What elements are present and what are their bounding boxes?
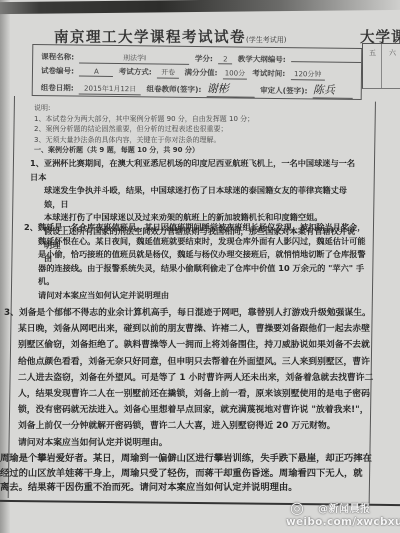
question-line: 给他点颜色看看，刘备无奈只好同意，但申明只去帮着在外面望风。三人来到别墅区，曹许 — [4, 354, 400, 370]
weibo-watermark: ◎ @新闻晨报 weibo.com/xwcbxuebang — [290, 496, 400, 533]
question-line: 刘备是个郁郁不得志的业余计算机高手，每日混迹于网吧，靠替别人打游戏升级勉强谋生。 — [19, 308, 371, 318]
paper-no-label: 试卷编号: — [41, 66, 74, 75]
date-value: 2015年1月12日 — [79, 84, 141, 96]
question-line: 球迷发生争执并斗殴，结果，中国球迷打伤了日本球迷的泰国籍女友的菲律宾籍丈母娘，日 — [30, 184, 362, 211]
note-item: 3、无须大量抄法条的具体内容，关键在于你对法条的理解。 — [34, 135, 354, 146]
full-score-label: 满分分值: — [185, 68, 218, 77]
exam-method-value: 开卷 — [157, 68, 179, 79]
credits-label: 学分: — [195, 54, 213, 63]
exam-info-row-1: 课程名称: 刑法学Ⅰ 学分: 2 教学大纲编号: — [41, 51, 364, 67]
syllabus-no-value — [291, 61, 361, 63]
question-2: 2、魏延是一名仓库夜班值班员。某日因值班期间睡觉被夜班组长杨仪发现，被扣除当月奖… — [24, 221, 368, 303]
reviewer-signature: 陈兵 — [313, 81, 353, 98]
question-line: 请问对本案应当如何认定并说明理由。 — [4, 435, 400, 451]
teacher-label: 组卷教师(签字): — [147, 84, 202, 94]
question-line: 某日晚，刘备从网吧出来，碰到以前的朋友曹操、许褚二人，曹操要刘备跟他们一起去赤壁 — [4, 321, 400, 337]
teacher-signature: 谢彬 — [207, 80, 255, 98]
question-number: 1、 — [30, 158, 44, 168]
syllabus-no-label: 教学大纲编号: — [238, 54, 286, 64]
adjacent-page-score-table: 五 六 — [362, 43, 400, 89]
question-line: 亚洲杯比赛期间，在澳大利亚悉尼机场的印度尼西亚航班飞机上，一名中国球迷与一名日本 — [30, 158, 355, 182]
title-note: (学生考试用) — [246, 36, 286, 44]
exam-info-box: 课程名称: 刑法学Ⅰ 学分: 2 教学大纲编号: 试卷编号: A 考试方式: 开… — [32, 44, 363, 100]
section-title: 一、案例分析题（共 9 题，每题 10 分，共 90 分） — [34, 145, 354, 156]
exam-info-row-3: 组卷日期: 2015年1月12日 组卷教师(签字): 谢彬 审定人(签字): 陈… — [41, 78, 356, 99]
question-3: 3、刘备是个郁郁不得志的业余计算机高手，每日混迹于网吧，靠替别人打游戏升级勉强谋… — [4, 305, 400, 451]
question-line: 是小偷，恰巧接班的值班员就是杨仪，魏延与杨仪办理交接班后，就悄悄地切断了仓库报警 — [24, 248, 368, 262]
question-line: 人，结果发现曹许二人在一别墅前还在撬锁，刘备上前一看，原来该别墅使用的是电子密码 — [4, 386, 400, 402]
exam-method-label: 考试方式: — [119, 67, 152, 76]
question-line: 器的连接线。由于报警系统失灵，结果小偷顺利偷走了仓库中价值 10 万余元的 "苹… — [24, 262, 368, 289]
note-item: 2、案例分析题的结论固然重要，但分析的过程表述也很重要； — [34, 124, 354, 135]
adjacent-table-cell: 五 — [369, 48, 376, 58]
notes-heading: 说明: — [34, 103, 354, 114]
paper-no-value: A — [79, 68, 113, 77]
question-line: 经过的山区放羊娃蒋干身上，周瑜只受了轻伤，而蒋干却重伤昏迷。周瑜看四下无人，就 — [0, 467, 400, 482]
question-line: 周瑜是个攀岩爱好者。某日，周瑜到一偏僻山区进行攀岩训练，失手跌下悬崖，却正巧摔在 — [0, 452, 400, 467]
exam-time-value: 120分钟 — [291, 69, 325, 80]
page-top-shadow — [0, 0, 400, 14]
title-text: 南京理工大学课程考试试卷 — [54, 30, 246, 46]
question-number: 3、 — [4, 308, 19, 318]
exam-notes: 说明: 1、本试卷分为两大部分，其中案例分析题 90 分，自由发挥题 10 分；… — [34, 103, 354, 156]
note-item: 1、本试卷分为两大部分，其中案例分析题 90 分，自由发挥题 10 分； — [34, 114, 354, 125]
exam-time-label: 考试时间: — [252, 69, 285, 78]
date-label: 组卷日期: — [41, 83, 74, 92]
question-line: 请问对本案应当如何认定并说明理由 — [24, 289, 368, 303]
weibo-logo-icon: ◎ — [290, 498, 304, 517]
question-line: 离去。结果蒋干因伤重不治而死。请问对本案应当如何认定并说明理由。 — [0, 481, 400, 496]
question-line: 魏延是一名仓库夜班值班员。某日因值班期间睡觉被夜班组长杨仪发现，被扣除当月奖金， — [38, 222, 366, 232]
adjacent-table-cell: 六 — [389, 48, 396, 58]
credits-value: 2 — [218, 55, 232, 64]
course-name-value: 刑法学Ⅰ — [79, 53, 189, 65]
reviewer-label: 审定人(签字): — [260, 86, 307, 96]
question-number: 2、 — [24, 222, 38, 232]
question-line: 魏延怀恨在心。某日夜间，魏延值班就要结束时，发现仓库外面有人影闪过，魏延估计可能 — [24, 235, 368, 249]
question-line: 锁，没有密码就无法进入。刘备心里想着早点回家，就充满蔑视地对曹许说 "放着我来!… — [4, 402, 400, 418]
question-line: 刘备上前仅一分钟就解开密码锁，曹许二人大喜，进入别墅窃得近 20 万元财物。 — [4, 418, 400, 434]
watermark-url: weibo.com/xwcbxuebang — [286, 516, 400, 528]
watermark-name: @新闻晨报 — [318, 500, 371, 515]
divider — [381, 44, 382, 88]
question-line: 别墅区偷窃，刘备拒绝了。孰料曹操等人一拥而上将刘备围住，持刀威胁说如果刘备不去就 — [4, 337, 400, 353]
course-name-label: 课程名称: — [41, 52, 74, 61]
question-4: 周瑜是个攀岩爱好者。某日，周瑜到一偏僻山区进行攀岩训练，失手跌下悬崖，却正巧摔在… — [0, 452, 400, 496]
question-line: 二人进去盗窃，刘备在外望风。可是等了 1 小时曹许两人还未出来，刘备着急就去找曹… — [4, 370, 400, 386]
full-score-value: 100分 — [223, 68, 247, 79]
